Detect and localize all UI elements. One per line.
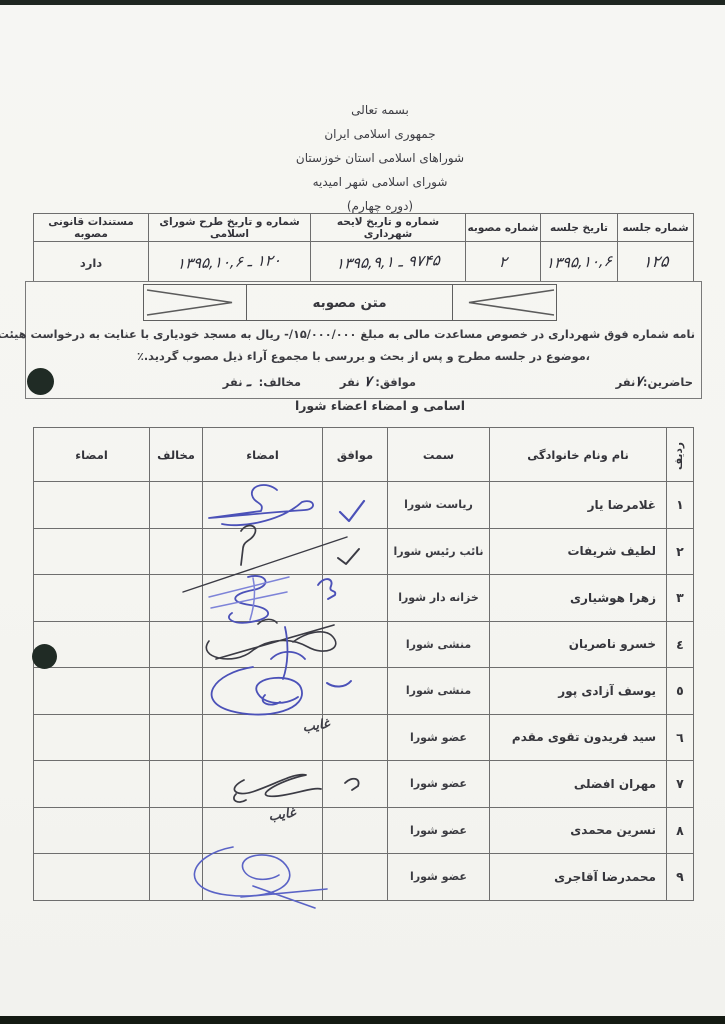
letterhead-line-province-councils: شوراهای اسلامی استان خوزستان [180,146,580,170]
letterhead-line-republic: جمهوری اسلامی ایران [180,122,580,146]
row-2-number: ۲ [667,528,694,575]
row-3-agree-cell [323,575,388,622]
scanned-document-page: بسمه تعالی جمهوری اسلامی ایران شوراهای ا… [0,0,725,1024]
row-7-signature-cell [203,761,323,808]
value-session-number: ۱۲۵ [618,242,694,282]
attendance-row: حاضرین:۷نفر موافق: ۷ نفر مخالف: ـ نفر [26,374,701,397]
banner-chevron-left-icon [143,284,247,321]
row-3-name: زهرا هوشیاری [490,575,667,622]
row-7-number: ۷ [667,761,694,808]
session-info-table: شماره جلسه تاریخ جلسه شماره مصوبه شماره … [33,213,694,282]
row-9-agree-cell [323,854,388,901]
row-9-oppose-signature-cell [34,854,150,901]
row-3-number: ۳ [667,575,694,622]
row-5-role: منشی شورا [388,668,490,715]
present-unit: نفر [616,375,636,389]
row-1-number: ۱ [667,482,694,529]
row-7-oppose-signature-cell [34,761,150,808]
member-row-4: ٤ خسرو ناصریان منشی شورا [34,621,694,668]
row-8-oppose-cell [150,807,203,854]
row-2-oppose-cell [150,528,203,575]
row-8-name: نسرین محمدی [490,807,667,854]
row-1-name: غلامرضا یار [490,482,667,529]
row-6-role: عضو شورا [388,714,490,761]
resolution-banner: متن مصوبه [143,284,557,321]
row-9-signature-cell [203,854,323,901]
row-7-agree-cell [323,761,388,808]
row-6-agree-cell [323,714,388,761]
row-6-name: سید فریدون تقوی مقدم [490,714,667,761]
row-5-oppose-signature-cell [34,668,150,715]
row-5-name: یوسف آزادی پور [490,668,667,715]
letterhead-line-basmala: بسمه تعالی [180,98,580,122]
row-6-number: ٦ [667,714,694,761]
resolution-text-line-1: نامه شماره فوق شهرداری در خصوص مساعدت ما… [32,328,695,341]
row-4-signature-cell [203,621,323,668]
value-session-date: ۱۳۹۵,۱۰,۶ [541,242,618,282]
header-session-number: شماره جلسه [618,214,694,242]
row-1-role: ریاست شورا [388,482,490,529]
scan-edge-bottom [0,1016,725,1024]
row-8-number: ۸ [667,807,694,854]
row-4-oppose-cell [150,621,203,668]
row-7-oppose-cell [150,761,203,808]
header-municipality-bill: شماره و تاریخ لایحه شهرداری [311,214,466,242]
row-5-agree-cell [323,668,388,715]
members-signature-table: ردیف نام ونام خانوادگی سمت موافق امضاء م… [33,427,694,901]
value-municipality-bill: ۱۳۹۵,۹,۱ ـ ۹۷۴۵ [311,242,466,282]
row-4-agree-cell [323,621,388,668]
oppose-value: ـ [246,374,251,390]
oppose-unit: نفر [223,375,243,389]
member-row-2: ۲ لطیف شریفات نائب رئیس شورا [34,528,694,575]
header-oppose: مخالف [150,428,203,482]
members-header-row: ردیف نام ونام خانوادگی سمت موافق امضاء م… [34,428,694,482]
session-info-header-row: شماره جلسه تاریخ جلسه شماره مصوبه شماره … [34,214,694,242]
value-council-plan: ۱۳۹۵,۱۰,۶ ـ ۱۲۰ [149,242,311,282]
row-8-oppose-signature-cell [34,807,150,854]
row-6-oppose-cell [150,714,203,761]
oppose-label: مخالف: [259,375,301,389]
row-5-oppose-cell [150,668,203,715]
row-1-oppose-signature-cell [34,482,150,529]
row-6-oppose-signature-cell [34,714,150,761]
scan-edge-top [0,0,725,5]
row-8-role: عضو شورا [388,807,490,854]
header-council-plan: شماره و تاریخ طرح شورای اسلامی [149,214,311,242]
member-row-7: ۷ مهران افضلی عضو شورا [34,761,694,808]
row-3-oppose-signature-cell [34,575,150,622]
row-2-agree-cell [323,528,388,575]
header-agree: موافق [323,428,388,482]
value-legal-basis: دارد [34,242,149,282]
header-signature-agree: امضاء [203,428,323,482]
attendance-present: حاضرین:۷نفر [616,374,693,390]
row-7-name: مهران افضلی [490,761,667,808]
row-9-name: محمدرضا آقاجری [490,854,667,901]
value-resolution-number: ۲ [466,242,541,282]
letterhead: بسمه تعالی جمهوری اسلامی ایران شوراهای ا… [180,98,580,218]
row-2-role: نائب رئیس شورا [388,528,490,575]
attendance-oppose: مخالف: ـ نفر [223,374,301,390]
row-1-agree-cell [323,482,388,529]
banner-title: متن مصوبه [247,284,453,321]
approve-label: موافق: [375,375,416,389]
row-4-role: منشی شورا [388,621,490,668]
member-row-9: ۹ محمدرضا آقاجری عضو شورا [34,854,694,901]
row-3-oppose-cell [150,575,203,622]
session-info-value-row: ۱۲۵ ۱۳۹۵,۱۰,۶ ۲ ۱۳۹۵,۹,۱ ـ ۹۷۴۵ ۱۳۹۵,۱۰,… [34,242,694,282]
row-2-name: لطیف شریفات [490,528,667,575]
present-value: ۷ [635,374,644,391]
row-2-signature-cell [203,528,323,575]
resolution-text-line-2: ،موضوع در جلسه مطرح و پس از بحث و بررسی … [32,350,695,363]
hole-punch-top [27,368,54,395]
approve-value: ۷ [363,374,372,391]
present-label: حاضرین: [643,375,693,389]
attendance-approve: موافق: ۷ نفر [340,374,416,390]
members-section-title: اسامی و امضاء اعضاء شورا [180,398,580,413]
header-row-number: ردیف [667,428,694,482]
row-5-number: ٥ [667,668,694,715]
row-3-role: خزانه دار شورا [388,575,490,622]
row-7-role: عضو شورا [388,761,490,808]
letterhead-line-city-council: شورای اسلامی شهر امیدیه [180,170,580,194]
header-position: سمت [388,428,490,482]
hole-punch-bottom [32,644,57,669]
row-1-oppose-cell [150,482,203,529]
row-5-signature-cell [203,668,323,715]
row-1-signature-cell [203,482,323,529]
row-9-number: ۹ [667,854,694,901]
banner-chevron-right-icon [453,284,557,321]
row-9-role: عضو شورا [388,854,490,901]
header-legal-basis: مستندات قانونی مصوبه [34,214,149,242]
member-row-3: ۳ زهرا هوشیاری خزانه دار شورا [34,575,694,622]
row-3-signature-cell [203,575,323,622]
resolution-box: متن مصوبه نامه شماره فوق شهرداری در خصوص… [25,281,702,399]
row-9-oppose-cell [150,854,203,901]
row-4-name: خسرو ناصریان [490,621,667,668]
member-row-5: ٥ یوسف آزادی پور منشی شورا [34,668,694,715]
header-full-name: نام ونام خانوادگی [490,428,667,482]
header-resolution-number: شماره مصوبه [466,214,541,242]
header-signature-oppose: امضاء [34,428,150,482]
approve-unit: نفر [340,375,360,389]
row-8-agree-cell [323,807,388,854]
member-row-8: ۸ نسرین محمدی عضو شورا [34,807,694,854]
row-4-number: ٤ [667,621,694,668]
member-row-1: ۱ غلامرضا یار ریاست شورا [34,482,694,529]
member-row-6: ٦ سید فریدون تقوی مقدم عضو شورا [34,714,694,761]
header-session-date: تاریخ جلسه [541,214,618,242]
row-2-oppose-signature-cell [34,528,150,575]
